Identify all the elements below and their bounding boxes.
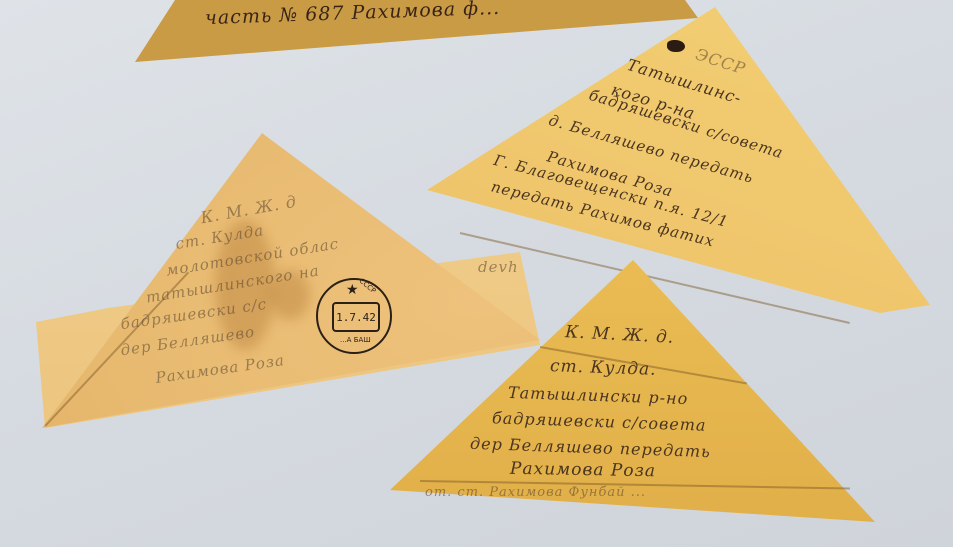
postmark-bottom-text: ...А БАШ [340,336,371,344]
letter-bottom-line-7: от. ст. Рахимова Фунбай ... [425,485,646,500]
ink-blot [667,40,685,52]
star-icon: ★ [346,283,359,297]
postmark-stamp: ★ СССР 1.7.42 ...А БАШ [316,278,392,354]
postmark-date: 1.7.42 [332,302,380,332]
letter-bottom-line-2: ст. Кулда. [550,356,657,380]
letter-bottom-line-6: Рахимова Роза [510,459,656,482]
letter-left-flap-text: devh [478,258,519,276]
photo-scene: часть № 687 Рахимова ф... ЭССР Татышлинс… [0,0,953,547]
